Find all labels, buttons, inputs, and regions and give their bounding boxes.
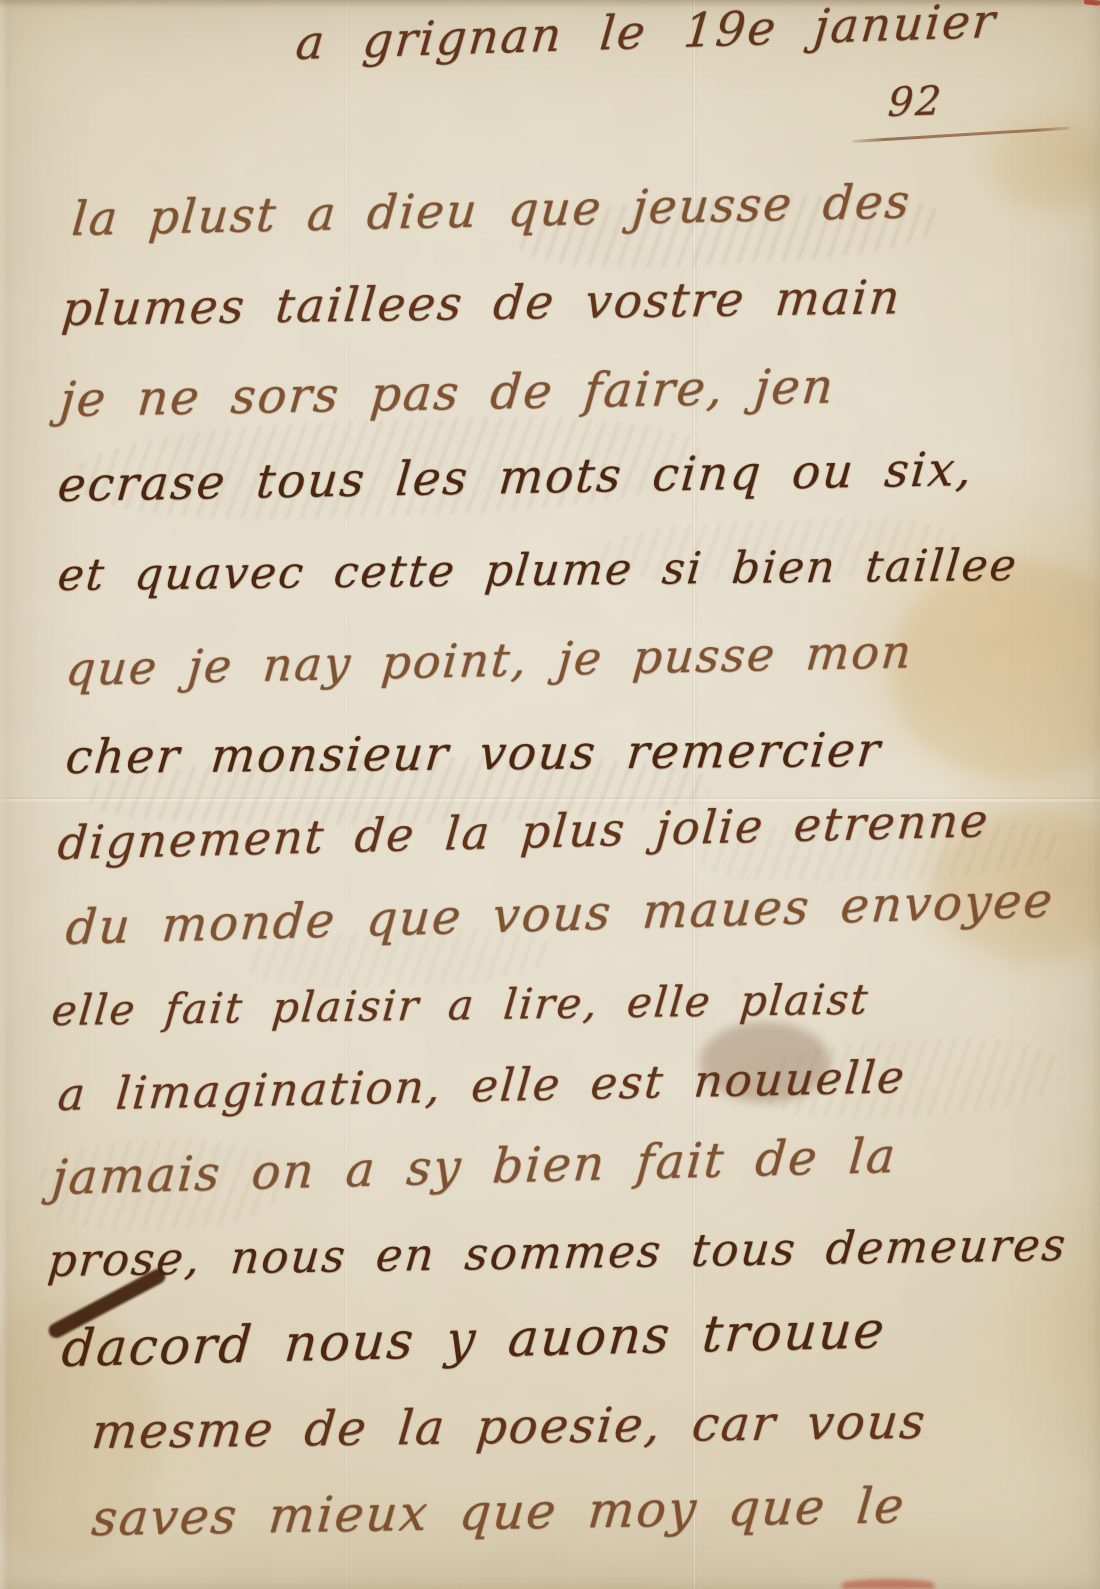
dateline-year: 92: [886, 78, 944, 126]
handwritten-line: plumes taillees de vostre main: [59, 270, 903, 337]
handwritten-line: mesme de la poesie, car vous: [89, 1394, 929, 1460]
handwritten-line: et quavec cette plume si bien taillee: [56, 540, 1021, 601]
letter-scan: a grignan le 19e januier 92 la plust a d…: [0, 0, 1100, 1589]
handwritten-line: cher monsieur vous remercier: [63, 723, 884, 785]
red-seal-trace: [842, 1579, 934, 1589]
